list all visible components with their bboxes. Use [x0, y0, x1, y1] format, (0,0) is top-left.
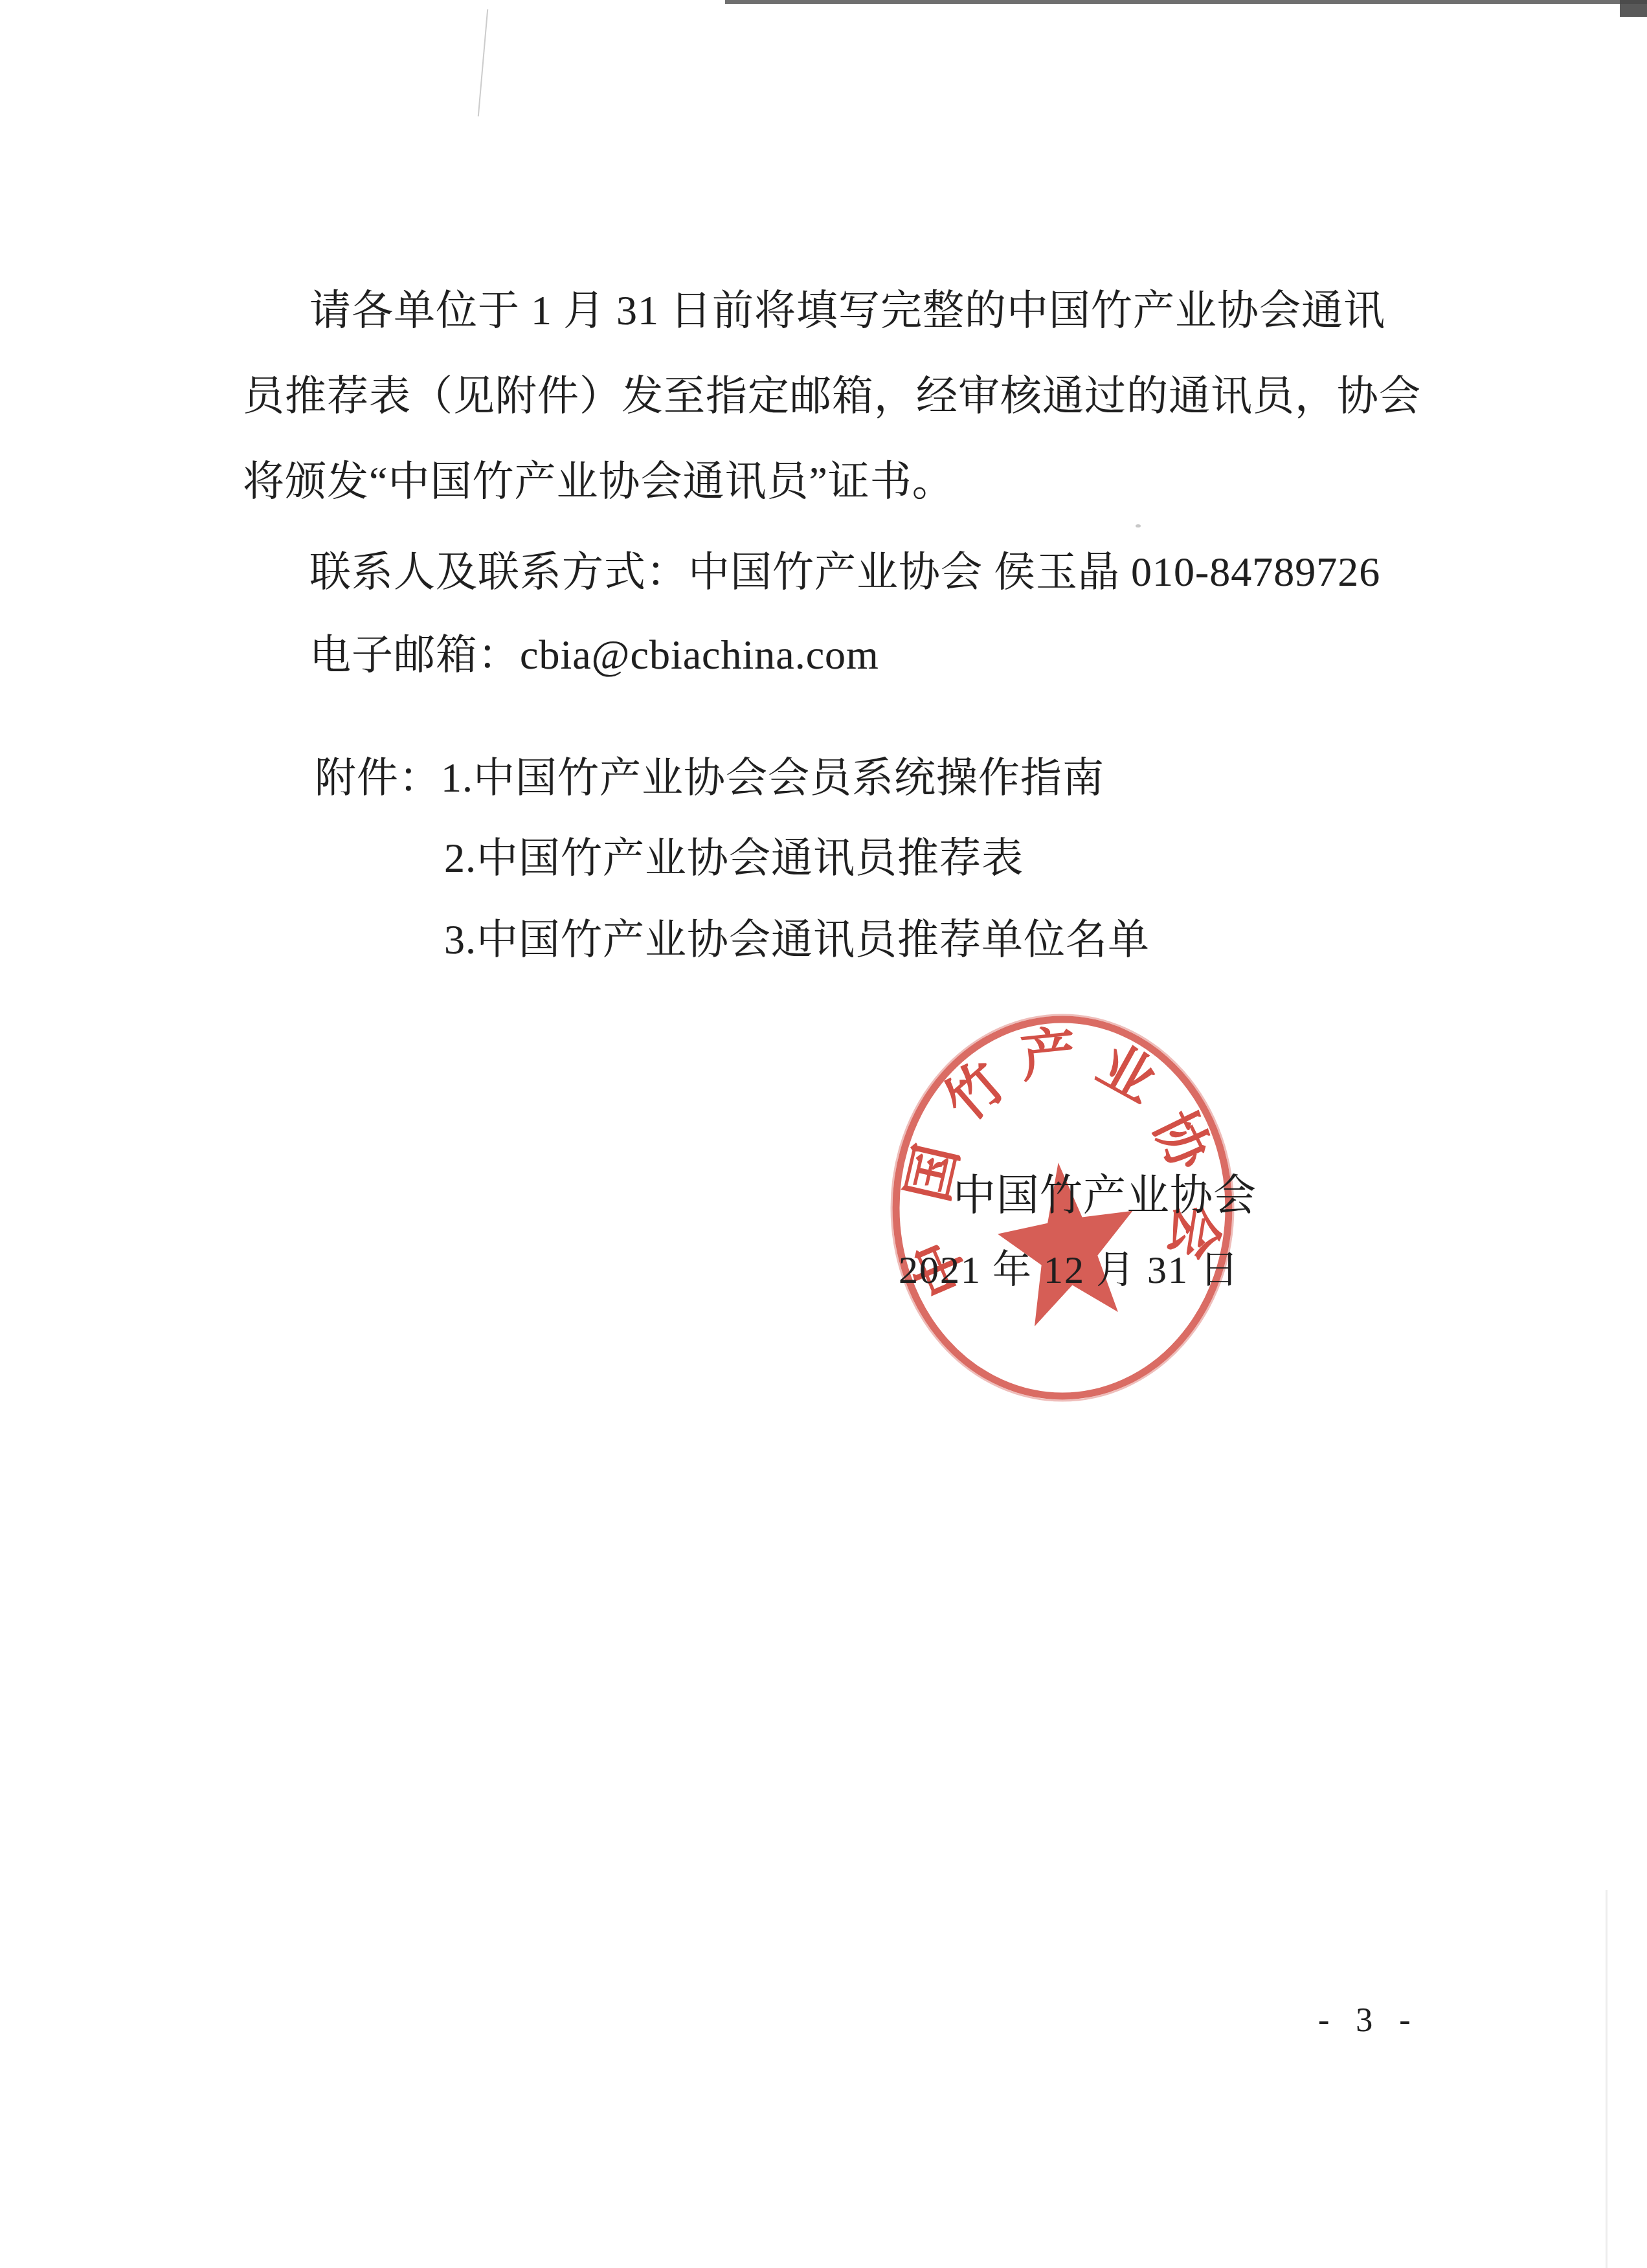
contact-line: 联系人及联系方式：中国竹产业协会 侯玉晶 010-84789726 — [309, 551, 1380, 593]
attachments-label: 附件： — [315, 757, 441, 799]
email-line: 电子邮箱：cbia@cbiachina.com — [309, 634, 879, 676]
attachment-item-3: 3.中国竹产业协会通讯员推荐单位名单 — [444, 919, 1150, 961]
paragraph-line-1: 请各单位于 1 月 31 日前将填写完整的中国竹产业协会通讯 — [309, 290, 1385, 331]
signature-organization: 中国竹产业协会 — [953, 1175, 1257, 1217]
scan-scratch-artifact — [478, 9, 488, 117]
scan-corner-artifact — [1620, 0, 1647, 17]
signature-date: 2021 年 12 月 31 日 — [899, 1251, 1240, 1289]
page-number: - 3 - — [1318, 2004, 1420, 2038]
document-page: 请各单位于 1 月 31 日前将填写完整的中国竹产业协会通讯 员推荐表（见附件）… — [0, 0, 1647, 2268]
seal-ring-char: 竹 — [934, 1051, 1017, 1134]
scan-streak-artifact — [1606, 1890, 1608, 2268]
scan-edge-artifact — [725, 0, 1647, 4]
attachment-item-1: 1.中国竹产业协会会员系统操作指南 — [441, 757, 1104, 799]
seal-ring-char: 产 — [1018, 1021, 1080, 1089]
paragraph-line-2: 员推荐表（见附件）发至指定邮箱，经审核通过的通讯员，协会 — [243, 375, 1421, 417]
attachments-row-1: 附件：1.中国竹产业协会会员系统操作指南 — [315, 757, 1104, 799]
attachment-item-2: 2.中国竹产业协会通讯员推荐表 — [444, 838, 1024, 879]
paragraph-line-3: 将颁发“中国竹产业协会通讯员”证书。 — [243, 461, 954, 502]
scan-speck-artifact — [1136, 524, 1141, 528]
